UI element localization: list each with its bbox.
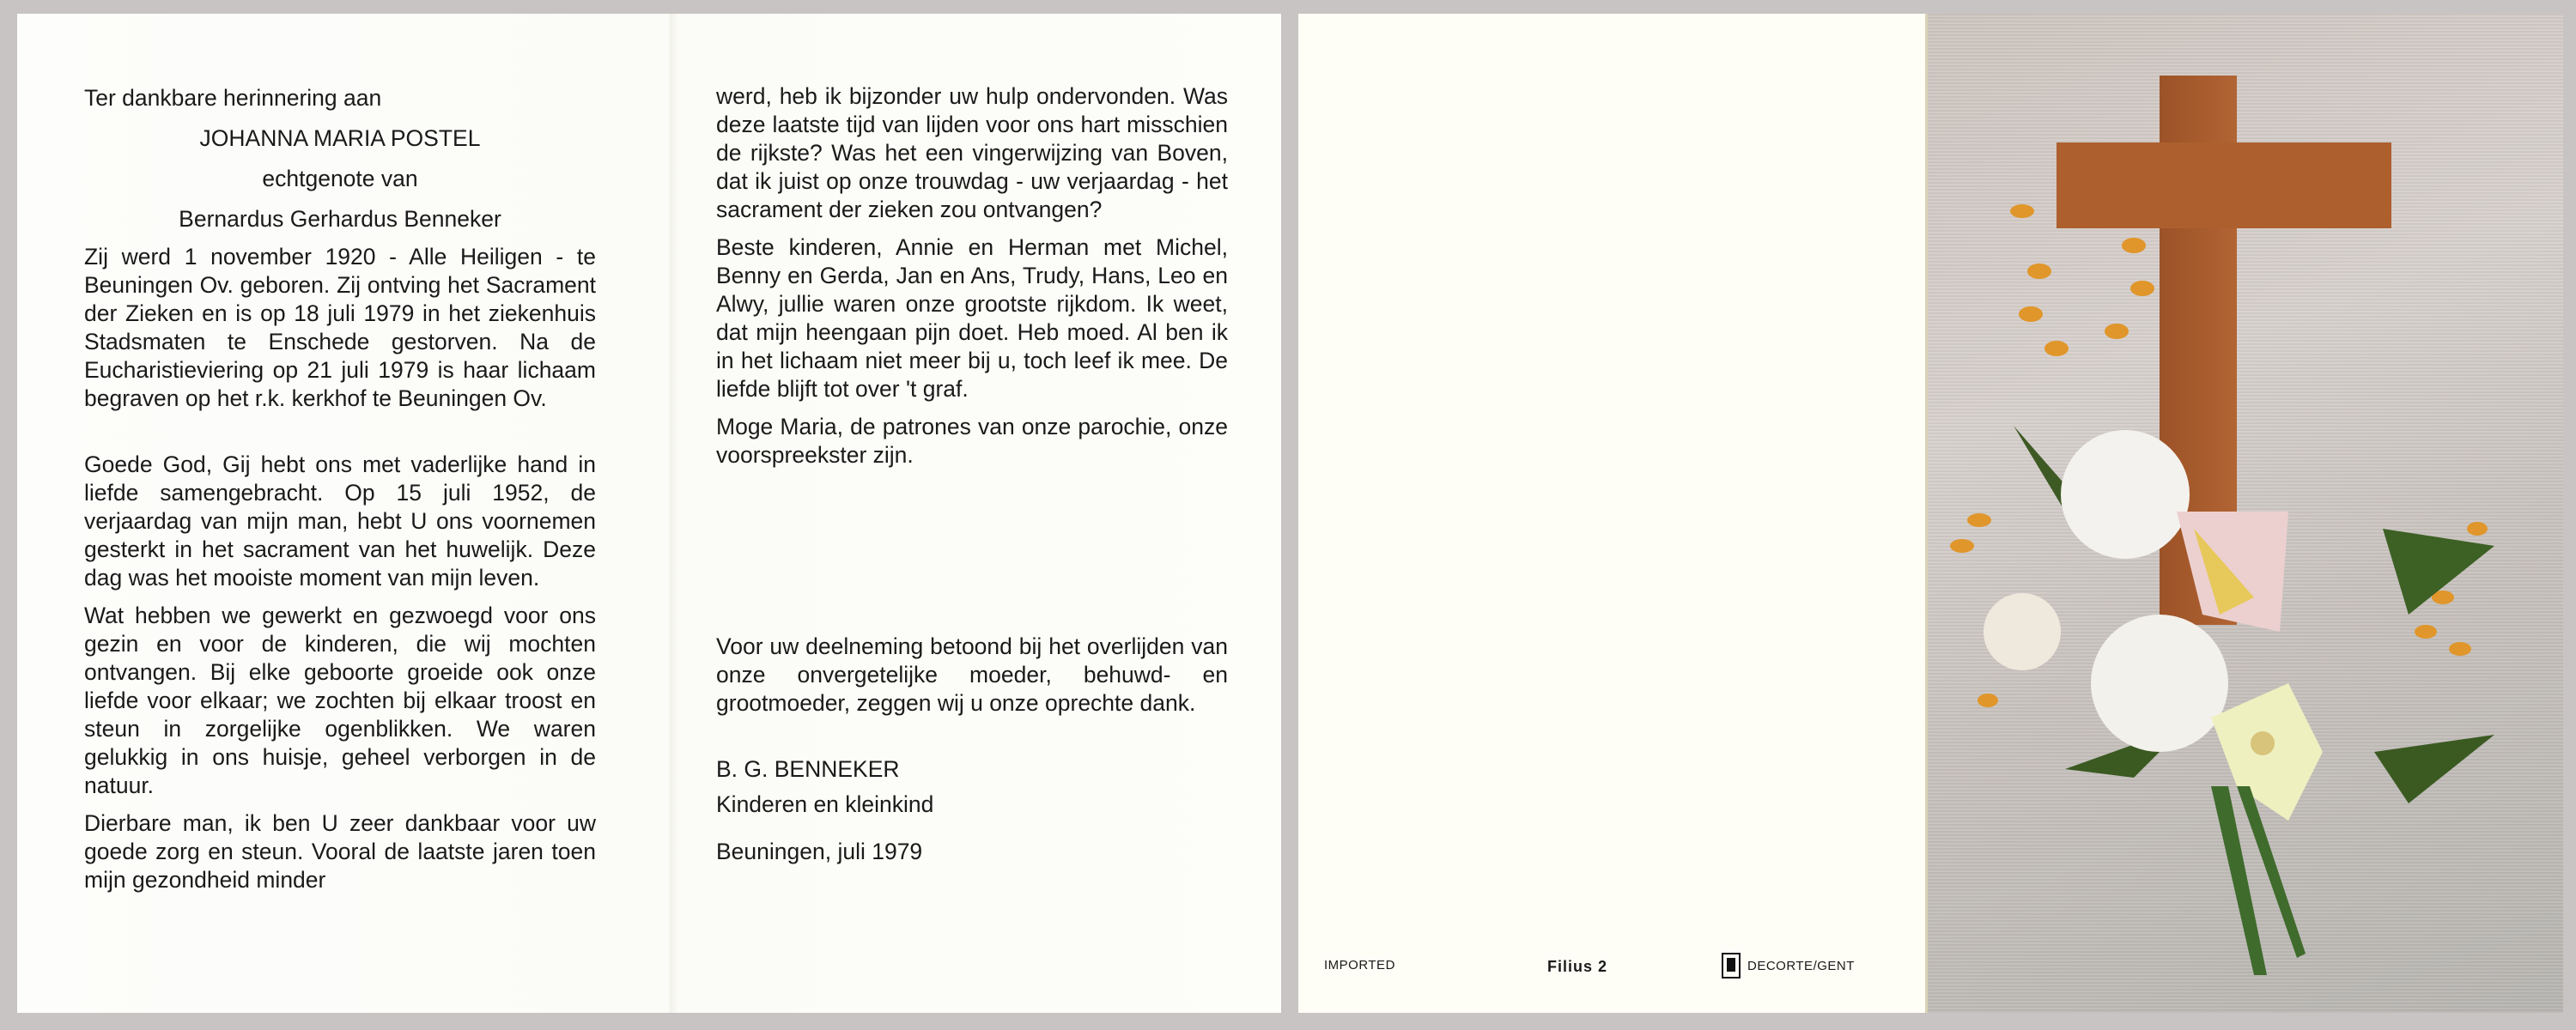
family-paragraph: Wat hebben we gewerkt en gezwoegd voor o…: [84, 602, 596, 800]
signature-name: B. G. BENNEKER: [716, 755, 1228, 784]
memorial-card-cover: IMPORTED Filius 2 DECORTE/GENT: [1298, 14, 2561, 1013]
cross-with-flowers-icon: [1928, 14, 2563, 1013]
middle-column: werd, heb ik bijzonder uw hulp ondervond…: [716, 82, 1228, 866]
cross-flowers-photo: [1925, 14, 2563, 1013]
biography-paragraph: Zij werd 1 november 1920 - Alle Heiligen…: [84, 243, 596, 413]
place-date: Beuningen, juli 1979: [716, 838, 1228, 866]
publisher-label: DECORTE/GENT: [1747, 959, 1855, 973]
left-column: Ter dankbare herinnering aan JOHANNA MAR…: [84, 84, 596, 894]
imported-label: IMPORTED: [1324, 958, 1395, 972]
thanks-paragraph: Voor uw deelneming betoond bij het overl…: [716, 633, 1228, 718]
relation-text: echtgenote van: [84, 165, 596, 193]
maria-paragraph: Moge Maria, de patrones van onze parochi…: [716, 413, 1228, 470]
memorial-card-inside: Ter dankbare herinnering aan JOHANNA MAR…: [17, 14, 1281, 1013]
spouse-name: Bernardus Gerhardus Benneker: [84, 205, 596, 233]
continued-paragraph: werd, heb ik bijzonder uw hulp ondervond…: [716, 82, 1228, 224]
publisher-logo-icon: [1722, 953, 1741, 978]
publisher: DECORTE/GENT: [1722, 953, 1855, 978]
model-label: Filius 2: [1547, 958, 1607, 976]
prayer-paragraph: Goede God, Gij hebt ons met vaderlijke h…: [84, 451, 596, 592]
intro-text: Ter dankbare herinnering aan: [84, 84, 596, 112]
spouse-paragraph: Dierbare man, ik ben U zeer dankbaar voo…: [84, 809, 596, 894]
children-paragraph: Beste kinderen, Annie en Herman met Mich…: [716, 233, 1228, 403]
deceased-name: JOHANNA MARIA POSTEL: [84, 124, 596, 153]
signature-family: Kinderen en kleinkind: [716, 791, 1228, 819]
